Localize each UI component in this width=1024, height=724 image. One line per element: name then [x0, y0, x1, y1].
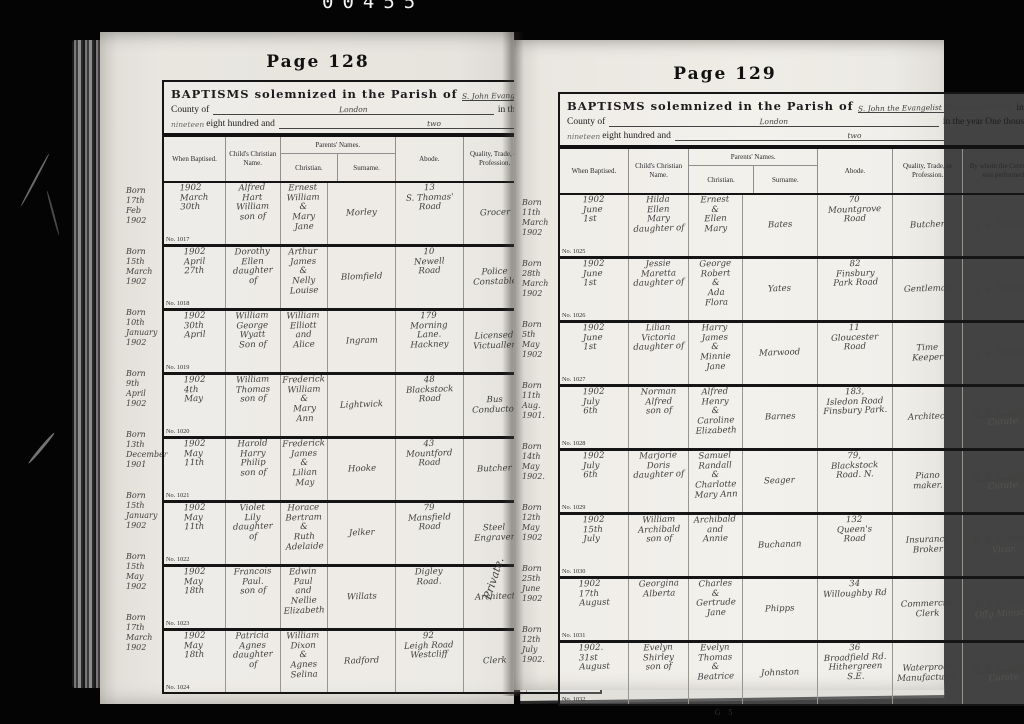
when-baptised-cell: 1902 June 1st No. 1025 [560, 195, 628, 256]
abode: 79, Blackstock Road. N. [831, 451, 879, 482]
born-margin-note: Born 17th Feb 1902 [126, 180, 162, 241]
form-header: BAPTISMS solemnized in the Parish of S. … [560, 94, 1024, 149]
abode: Digley Road. [415, 568, 444, 588]
abode: 48 Blackstock Road [405, 375, 453, 406]
baptism-date: 1902 June 1st [582, 260, 605, 290]
minister-role: Curate. [987, 417, 1020, 428]
abode-cell: 82 Finsbury Park Road [817, 259, 892, 320]
abode-cell: 48 Blackstock Road [395, 375, 463, 436]
surname: Phipps [765, 604, 795, 615]
born-margin-note: Born 10th January 1902 [126, 302, 162, 363]
parents-christian-cell: William Elliott and Alice [280, 311, 328, 372]
quality-trade-profession: Time Keeper [912, 343, 944, 363]
when-baptised-cell: 1902 June 1st No. 1027 [560, 323, 628, 384]
abode-cell: 10 Newell Road [395, 247, 463, 308]
entry-number: No. 1028 [562, 440, 585, 447]
baptism-date: 1902 30th April [183, 312, 206, 342]
when-baptised-cell: 1902 May 18th No. 1024 [164, 631, 225, 692]
quality-trade-profession: Architect [907, 412, 948, 423]
surname: Lightwick [340, 400, 383, 411]
child-name-cell: Dorothy Ellen daughter of [225, 247, 279, 308]
col-abode: Abode. [817, 149, 892, 193]
born-margin-note: Born 15th May 1902 [126, 546, 162, 607]
register-page-right: Page 129 Born 11th March 1902 Born 28th … [514, 40, 944, 690]
surname-cell: Bates [742, 195, 817, 256]
entry-number: No. 1027 [562, 376, 585, 383]
page-number: Page 129 [522, 64, 928, 84]
surname-cell: Johnston [742, 643, 817, 704]
abode: 10 Newell Road [414, 247, 446, 277]
surname-cell: Barnes [742, 387, 817, 448]
printers-mark: G 5 [522, 708, 928, 717]
column-headers: When Baptised. Child's Christian Name. P… [560, 149, 1024, 195]
entry-number: No. 1029 [562, 504, 585, 511]
quality-cell: Piano maker. [892, 451, 962, 512]
born-margin-note: Born 12th May 1902 [522, 497, 558, 558]
born-margin-note: Born 15th March 1902 [126, 241, 162, 302]
register-row: 1902 July 6th No. 1029 Marjorie Doris da… [560, 451, 1024, 515]
form-title: BAPTISMS solemnized in the Parish of [567, 99, 854, 113]
surname-cell: Blomfield [327, 247, 395, 308]
abode: 183, Isledon Road Finsbury Park. [822, 387, 887, 418]
parents-christian-names: Samuel Randall & Charlotte Mary Ann [693, 451, 738, 501]
baptism-date: 1902 June 1st [582, 324, 605, 354]
register-form: BAPTISMS solemnized in the Parish of S. … [558, 92, 1024, 706]
child-name-cell: Evelyn Shirley son of [628, 643, 689, 704]
when-baptised-cell: 1902 June 1st No. 1026 [560, 259, 628, 320]
surname-cell: Morley [327, 183, 395, 244]
abode-cell: 11 Gloucester Road [817, 323, 892, 384]
entry-number: No. 1030 [562, 568, 585, 575]
surname-cell: Lightwick [327, 375, 395, 436]
col-parents-names: Parents' Names. Christian. Surname. [280, 137, 396, 181]
surname: Buchanan [758, 540, 802, 551]
born-margin-note: Born 14th May 1902. [522, 436, 558, 497]
parents-christian-names: Edwin Paul and Nellie Elizabeth [283, 567, 326, 617]
when-baptised-cell: 1902 30th April No. 1019 [164, 311, 225, 372]
margin-notes-column: Born 11th March 1902 Born 28th March 190… [522, 92, 558, 706]
when-baptised-cell: 1902. 31st August No. 1032 [560, 643, 628, 704]
col-parents-label: Parents' Names. [281, 137, 396, 154]
register-page-left: Page 128 Born 17th Feb 1902 Born 15th Ma… [100, 32, 514, 704]
abode: 43 Mountford Road [406, 439, 453, 470]
surname-cell: Yates [742, 259, 817, 320]
surname-cell: Buchanan [742, 515, 817, 576]
child-name: Jessie Maretta daughter of [633, 259, 685, 290]
baptism-date: 1902. 31st August [578, 643, 610, 673]
abode: 79 Mansfield Road [407, 503, 451, 534]
col-childs-name: Child's Christian Name. [628, 149, 689, 193]
child-name-cell: Violet Lily daughter of [225, 503, 279, 564]
margin-notes-column: Born 17th Feb 1902 Born 15th March 1902 … [126, 80, 162, 694]
form-text: County of [171, 105, 209, 115]
child-name: William Archibald son of [637, 515, 680, 546]
abode-cell: 132 Queen's Road [817, 515, 892, 576]
register-table: Born 17th Feb 1902 Born 15th March 1902 … [126, 80, 510, 694]
born-margin-note: Born 9th April 1902 [126, 363, 162, 424]
parents-christian-names: Frederick William & Mary Ann [282, 375, 326, 425]
abode: 179 Morning Lane. Hackney [410, 311, 449, 351]
when-baptised-cell: 1902 May 11th No. 1022 [164, 503, 225, 564]
surname: Morley [346, 208, 377, 219]
parents-christian-names: Harry James & Minnie Jane [700, 323, 732, 373]
abode-cell: 34 Willoughby Rd [817, 579, 892, 640]
parents-christian-names: Frederick James & Lilian May [282, 439, 326, 489]
quality-trade-profession: Piano maker. [913, 471, 943, 491]
baptism-date: 1902 17th August [578, 579, 610, 609]
quality-cell: Commercial Clerk [892, 579, 962, 640]
film-scratch [27, 432, 55, 465]
minister-cell: E. B. Latreille, Vicar. [962, 515, 1024, 576]
year-handwritten: two [675, 128, 1024, 143]
col-surname: Surname. [337, 154, 395, 181]
surname: Barnes [764, 412, 795, 423]
quality-trade-profession: Gentleman [904, 284, 952, 295]
parents-christian-cell: Archibald and Annie [688, 515, 741, 576]
register-table: Born 11th March 1902 Born 28th March 190… [522, 92, 928, 706]
when-baptised-cell: 1902 May 18th No. 1023 [164, 567, 225, 628]
parents-christian-cell: Alfred Henry & Caroline Elizabeth [688, 387, 741, 448]
baptism-date: 1902 May 18th [183, 568, 206, 598]
form-text: in the year One thousand [943, 117, 1024, 127]
parents-christian-cell: Edwin Paul and Nellie Elizabeth [280, 567, 328, 628]
parents-christian-names: Alfred Henry & Caroline Elizabeth [694, 387, 737, 437]
abode-cell: 179 Morning Lane. Hackney [395, 311, 463, 372]
baptism-date: 1902 March 30th [180, 184, 209, 214]
abode-cell: 183, Isledon Road Finsbury Park. [817, 387, 892, 448]
minister-cell: W. E. C. Henry. Curate. [962, 451, 1024, 512]
quality-cell: Waterproof Manufacturer [892, 643, 962, 704]
minister-name: S. A. Jameson [974, 219, 1024, 232]
entry-number: No. 1017 [166, 236, 189, 243]
surname-cell: Jelker [327, 503, 395, 564]
register-row: 1902 June 1st No. 1025 Hilda Ellen Mary … [560, 195, 1024, 259]
surname: Marwood [759, 348, 801, 359]
parents-christian-cell: Ernest & Ellen Mary [688, 195, 741, 256]
col-parents-names: Parents' Names. Christian. Surname. [688, 149, 816, 193]
born-margin-note: Born 28th March 1902 [522, 253, 558, 314]
child-name: Lilian Victoria daughter of [633, 323, 685, 354]
entry-number: No. 1026 [562, 312, 585, 319]
minister-cell: W. E. C. Henry. Curate [962, 643, 1024, 704]
quality-cell: Architect [892, 387, 962, 448]
parents-christian-names: Evelyn Thomas & Beatrice [697, 643, 735, 683]
abode-cell: 79 Mansfield Road [395, 503, 463, 564]
entry-number: No. 1025 [562, 248, 585, 255]
born-margin-note: Born 25th June 1902 [522, 558, 558, 619]
child-name-cell: Alfred Hart William son of [225, 183, 279, 244]
parents-christian-cell: Frederick James & Lilian May [280, 439, 328, 500]
child-name: Norman Alfred son of [640, 387, 677, 417]
parents-christian-cell: Harry James & Minnie Jane [688, 323, 741, 384]
born-margin-note: Born 5th May 1902 [522, 314, 558, 375]
baptism-date: 1902 June 1st [582, 196, 605, 226]
abode-cell: 79, Blackstock Road. N. [817, 451, 892, 512]
col-when-baptised: When Baptised. [560, 149, 628, 193]
parents-christian-names: Charles & Gertrude Jane [695, 579, 736, 619]
col-abode: Abode. [395, 137, 463, 181]
register-row: 1902 July 6th No. 1028 Norman Alfred son… [560, 387, 1024, 451]
child-name: Dorothy Ellen daughter of [227, 247, 278, 288]
child-name-cell: Lilian Victoria daughter of [628, 323, 689, 384]
minister-cell: W. E. C. Henry. Curate. [962, 387, 1024, 448]
form-text: eight hundred and [602, 131, 671, 141]
minister-cell: D. J. C. Smith Offg Minister [962, 579, 1024, 640]
abode-cell: 43 Mountford Road [395, 439, 463, 500]
baptism-date: 1902 May 11th [183, 440, 206, 470]
abode: 13 S. Thomas' Road [405, 183, 454, 214]
surname: Blomfield [341, 272, 383, 283]
surname-cell: Phipps [742, 579, 817, 640]
born-margin-note: Born 17th March 1902 [126, 607, 162, 668]
col-christian: Christian. [281, 154, 338, 181]
child-name: Alfred Hart William son of [236, 183, 270, 223]
child-name: Hilda Ellen Mary daughter of [633, 195, 685, 236]
child-name-cell: Georgina Alberta [628, 579, 689, 640]
when-baptised-cell: 1902 17th August No. 1031 [560, 579, 628, 640]
minister-cell: S. A. Jameson [962, 259, 1024, 320]
child-name: William George Wyatt Son of [236, 311, 270, 351]
quality-cell: Gentleman [892, 259, 962, 320]
col-childs-name: Child's Christian Name. [225, 137, 279, 181]
baptism-date: 1902 May 11th [183, 504, 206, 534]
child-name-cell: Hilda Ellen Mary daughter of [628, 195, 689, 256]
baptism-date: 1902 May 18th [183, 632, 206, 662]
minister-role: Vicar. [991, 545, 1016, 556]
surname-cell: Radford [327, 631, 395, 692]
minister-cell: S. A. Jameson [962, 323, 1024, 384]
col-quality: Quality, Trade, or Profession. [892, 149, 962, 193]
surname: Seager [764, 476, 795, 487]
surname-cell: Willats [327, 567, 395, 628]
entry-number: No. 1031 [562, 632, 585, 639]
surname: Hooke [347, 464, 375, 475]
quality-trade-profession: Butcher [910, 220, 945, 231]
minister-name: S. A. Jameson [974, 283, 1024, 296]
parish-name-handwritten: S. John the Evangelist Brownswood Park [858, 102, 1013, 114]
parents-christian-names: George Robert & Ada Flora [699, 259, 733, 309]
surname-cell: Ingram [327, 311, 395, 372]
surname: Bates [767, 220, 792, 231]
form-text: in the [1016, 103, 1024, 113]
when-baptised-cell: 1902 July 6th No. 1029 [560, 451, 628, 512]
surname-cell: Marwood [742, 323, 817, 384]
entry-number: No. 1023 [166, 620, 189, 627]
quality-cell: Butcher [892, 195, 962, 256]
form-title: BAPTISMS solemnized in the Parish of [171, 87, 458, 101]
county-handwritten: London [609, 114, 939, 129]
child-name-cell: Patricia Agnes daughter of [225, 631, 279, 692]
abode-cell: 92 Leigh Road Westcliff [395, 631, 463, 692]
baptism-date: 1902 15th July [582, 516, 605, 546]
col-surname: Surname. [753, 166, 817, 193]
abode: 11 Gloucester Road [831, 323, 879, 354]
child-name: Marjorie Doris daughter of [633, 451, 685, 482]
minister-role: Offg Minister [975, 608, 1024, 621]
parents-christian-names: Ernest William & Mary Jane [287, 183, 322, 233]
born-margin-note: Born 15th January 1902 [126, 485, 162, 546]
entry-number: No. 1032 [562, 696, 585, 703]
child-name: Patricia Agnes daughter of [227, 631, 278, 672]
parents-christian-cell: Samuel Randall & Charlotte Mary Ann [688, 451, 741, 512]
col-when-baptised: When Baptised. [164, 137, 225, 181]
year-correction-handwritten: nineteen [171, 120, 204, 129]
page-number: Page 128 [126, 52, 510, 72]
born-margin-note: Born 12th July 1902. [522, 619, 558, 680]
surname: Yates [768, 284, 791, 295]
born-margin-note: Born 11th Aug. 1901. [522, 375, 558, 436]
baptism-date: 1902 July 6th [582, 388, 605, 418]
baptism-date: 1902 July 6th [582, 452, 605, 482]
minister-cell: S. A. Jameson [962, 195, 1024, 256]
surname-cell: Seager [742, 451, 817, 512]
quality-cell: Insurance Broker [892, 515, 962, 576]
abode-cell: Digley Road. [395, 567, 463, 628]
parents-christian-cell: Ernest William & Mary Jane [280, 183, 328, 244]
parents-christian-cell: Horace Bertram & Ruth Adelaide [280, 503, 328, 564]
register-row: 1902. 31st August No. 1032 Evelyn Shirle… [560, 643, 1024, 704]
entry-number: No. 1021 [166, 492, 189, 499]
child-name: Violet Lily daughter of [227, 503, 278, 544]
register-row: 1902 June 1st No. 1027 Lilian Victoria d… [560, 323, 1024, 387]
col-by-whom: By whom the Ceremony was performed. [962, 149, 1024, 193]
col-christian: Christian. [689, 166, 752, 193]
abode: 34 Willoughby Rd [823, 579, 887, 601]
parents-christian-names: Arthur James & Nelly Louise [289, 248, 320, 297]
when-baptised-cell: 1902 April 27th No. 1018 [164, 247, 225, 308]
child-name: Georgina Alberta [638, 579, 679, 600]
parents-christian-cell: George Robert & Ada Flora [688, 259, 741, 320]
abode: 82 Finsbury Park Road [832, 259, 878, 290]
microfilm-scan: 00455 Page 128 Born 17th Feb 1902 Born 1… [0, 0, 1024, 724]
parents-christian-cell: Arthur James & Nelly Louise [280, 247, 328, 308]
entry-number: No. 1019 [166, 364, 189, 371]
quality-trade-profession: Waterproof Manufacturer [897, 663, 958, 685]
parents-christian-names: William Elliott and Alice [287, 311, 321, 351]
child-name-cell: Marjorie Doris daughter of [628, 451, 689, 512]
child-name: William Thomas son of [235, 375, 270, 405]
when-baptised-cell: 1902 March 30th No. 1017 [164, 183, 225, 244]
entry-number: No. 1022 [166, 556, 189, 563]
entry-number: No. 1020 [166, 428, 189, 435]
minister-role: Curate [989, 673, 1019, 684]
abode: 92 Leigh Road Westcliff [404, 631, 455, 662]
surname: Willats [347, 592, 377, 603]
born-margin-note: Born 13th December 1901 [126, 424, 162, 485]
minister-name: S. A. Jameson [974, 347, 1024, 360]
parents-christian-cell: William Dixon & Agnes Selina [280, 631, 328, 692]
child-name-cell: Norman Alfred son of [628, 387, 689, 448]
parents-christian-names: Ernest & Ellen Mary [701, 196, 731, 236]
child-name-cell: William Archibald son of [628, 515, 689, 576]
register-row: 1902 June 1st No. 1026 Jessie Maretta da… [560, 259, 1024, 323]
quality-trade-profession: Commercial Clerk [901, 599, 954, 620]
parents-christian-cell: Charles & Gertrude Jane [688, 579, 741, 640]
child-name-cell: Francois Paul. son of [225, 567, 279, 628]
baptism-date: 1902 4th May [183, 376, 206, 406]
year-correction-handwritten: nineteen [567, 132, 600, 141]
parents-christian-cell: Frederick William & Mary Ann [280, 375, 328, 436]
form-text: eight hundred and [206, 119, 275, 129]
born-margin-note: Born 11th March 1902 [522, 192, 558, 253]
parents-christian-names: William Dixon & Agnes Selina [287, 631, 322, 681]
minister-role: Curate. [987, 481, 1020, 492]
child-name-cell: William George Wyatt Son of [225, 311, 279, 372]
parents-christian-names: Archibald and Annie [694, 515, 737, 546]
film-scratch [46, 191, 60, 236]
parents-christian-cell: Evelyn Thomas & Beatrice [688, 643, 741, 704]
child-name-cell: Jessie Maretta daughter of [628, 259, 689, 320]
abode-cell: 36 Broadfield Rd. Hithergreen S.E. [817, 643, 892, 704]
register-row: 1902 15th July No. 1030 William Archibal… [560, 515, 1024, 579]
quality-cell: Time Keeper [892, 323, 962, 384]
child-name: Francois Paul. son of [233, 567, 272, 597]
abode-cell: 13 S. Thomas' Road [395, 183, 463, 244]
when-baptised-cell: 1902 May 11th No. 1021 [164, 439, 225, 500]
quality-trade-profession: Insurance Broker [906, 535, 950, 556]
child-name: Harold Harry Philip son of [237, 439, 268, 479]
when-baptised-cell: 1902 July 6th No. 1028 [560, 387, 628, 448]
baptism-date: 1902 April 27th [183, 248, 206, 278]
entry-number: No. 1018 [166, 300, 189, 307]
abode: 132 Queen's Road [837, 515, 873, 545]
county-handwritten: London [213, 103, 494, 117]
child-name: Evelyn Shirley son of [643, 643, 675, 673]
child-name-cell: Harold Harry Philip son of [225, 439, 279, 500]
register-row: 1902 17th August No. 1031 Georgina Alber… [560, 579, 1024, 643]
form-text: County of [567, 117, 605, 127]
parents-christian-names: Horace Bertram & Ruth Adelaide [284, 503, 324, 553]
entry-number: No. 1024 [166, 684, 189, 691]
surname: Ingram [346, 336, 378, 347]
when-baptised-cell: 1902 4th May No. 1020 [164, 375, 225, 436]
film-frame-number: 00455 [322, 0, 424, 13]
abode: 70 Mountgrove Road [828, 195, 882, 226]
surname: Jelker [349, 528, 375, 539]
abode-cell: 70 Mountgrove Road [817, 195, 892, 256]
book-gutter-shadow [502, 32, 524, 696]
surname: Radford [344, 656, 380, 667]
film-scratch [20, 153, 50, 207]
surname-cell: Hooke [327, 439, 395, 500]
child-name-cell: William Thomas son of [225, 375, 279, 436]
surname: Johnston [761, 668, 800, 679]
col-parents-label: Parents' Names. [689, 149, 816, 166]
abode: 36 Broadfield Rd. Hithergreen S.E. [823, 643, 887, 684]
when-baptised-cell: 1902 15th July No. 1030 [560, 515, 628, 576]
